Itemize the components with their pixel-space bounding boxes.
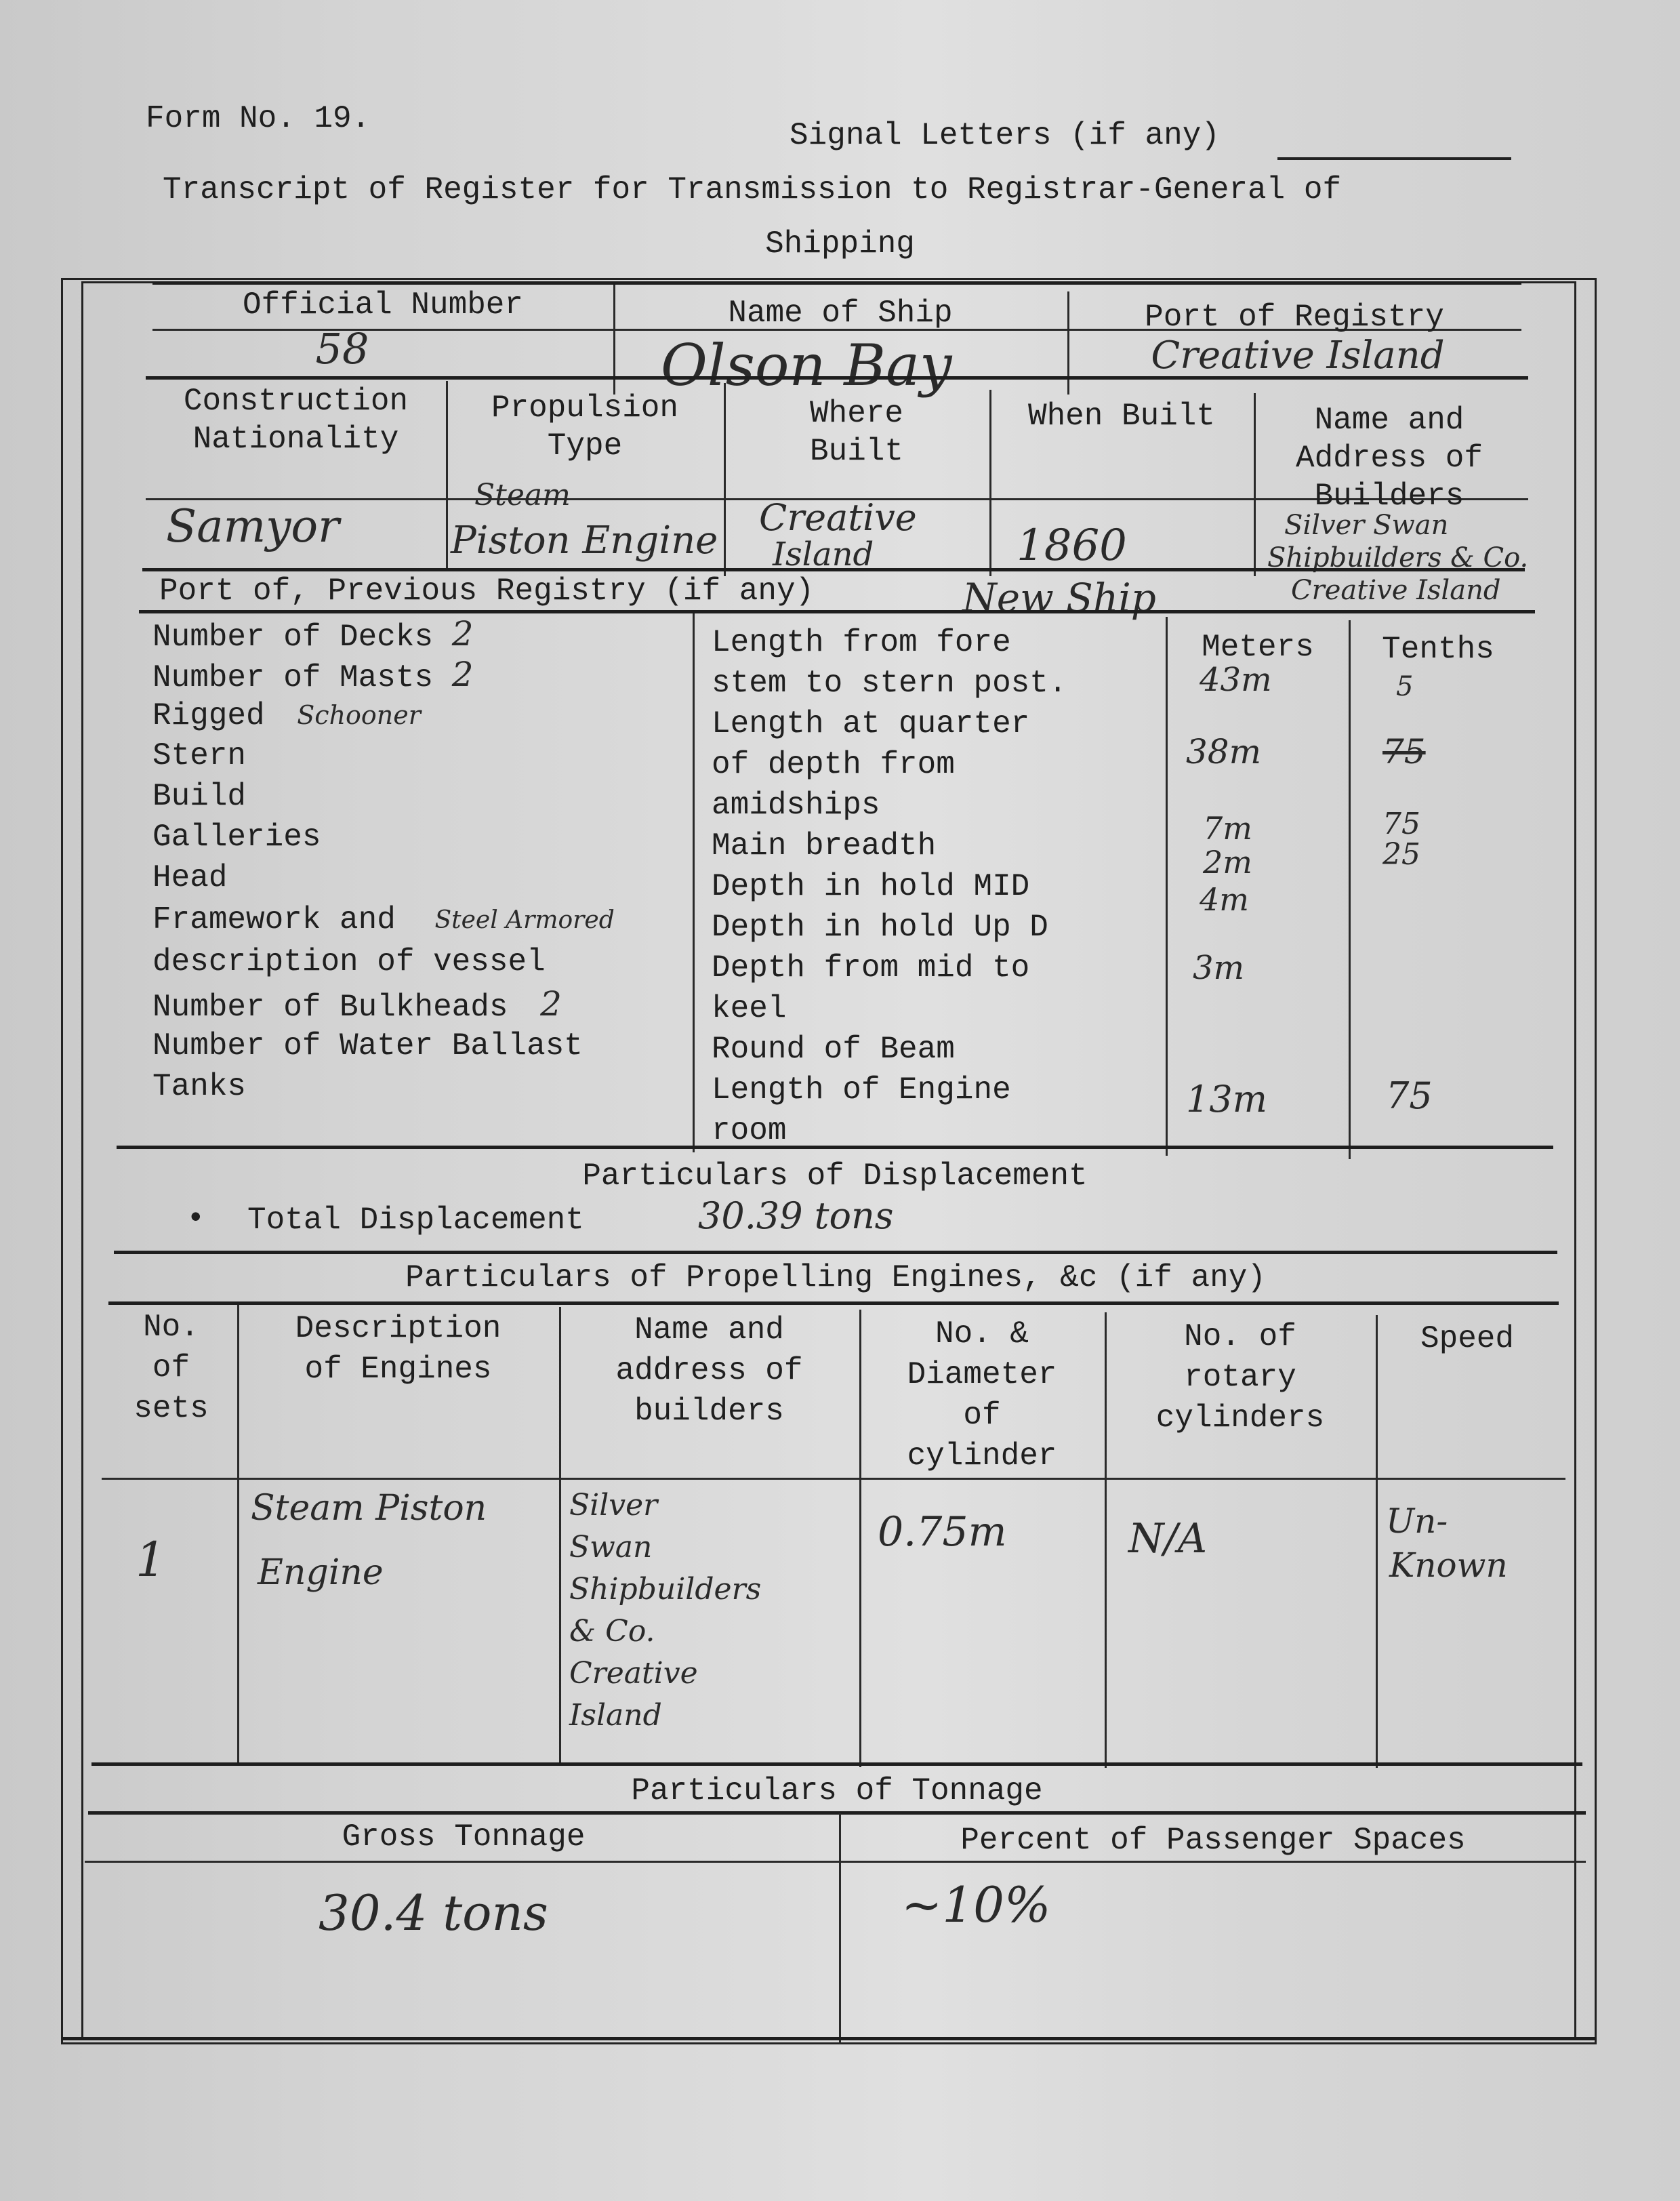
measure-label: Length of Engine — [712, 1070, 1166, 1110]
measure-label: room — [712, 1110, 1166, 1151]
meters-value[interactable]: 7m — [1203, 810, 1252, 847]
description-row: description of vessel — [152, 942, 688, 984]
measure-label: Round of Beam — [712, 1029, 1166, 1070]
builders-value-1[interactable]: Silver Swan — [1284, 510, 1448, 541]
tanks-row: Tanks — [152, 1066, 688, 1107]
engine-description-value-1[interactable]: Steam Piston — [251, 1488, 487, 1529]
engine-builders-value[interactable]: Silver Swan Shipbuilders & Co. Creative … — [569, 1485, 761, 1737]
masts-value[interactable]: 2 — [452, 655, 474, 694]
tonnage-title: Particulars of Tonnage — [91, 1771, 1582, 1811]
meters-value[interactable]: 38m — [1186, 732, 1261, 771]
engines-title: Particulars of Propelling Engines, &c (i… — [114, 1257, 1557, 1298]
measure-label: amidships — [712, 785, 1166, 826]
where-built-value-1[interactable]: Creative — [759, 496, 917, 539]
rigged-value[interactable]: Schooner — [297, 700, 421, 730]
meters-value[interactable]: 3m — [1193, 949, 1244, 987]
measurement-labels: Length from fore stem to stern post. Len… — [712, 622, 1166, 1151]
divider — [91, 1762, 1582, 1766]
when-built-label: When Built — [989, 396, 1254, 437]
tenths-value[interactable]: 5 — [1396, 671, 1413, 702]
divider — [1166, 617, 1168, 1156]
divider — [146, 376, 1528, 380]
passenger-spaces-label: Percent of Passenger Spaces — [840, 1820, 1586, 1861]
passenger-spaces-value[interactable]: ~10% — [901, 1876, 1050, 1933]
framework-value[interactable]: Steel Armored — [434, 906, 614, 934]
rigged-row: Rigged Schooner — [152, 695, 688, 735]
divider — [88, 1811, 1586, 1815]
galleries-row: Galleries — [152, 817, 688, 857]
gross-tonnage-value[interactable]: 30.4 tons — [319, 1884, 548, 1941]
divider — [85, 1861, 1586, 1863]
signal-letters-label: Signal Letters (if any) — [790, 115, 1220, 156]
engine-rotary-value[interactable]: N/A — [1128, 1515, 1207, 1562]
engine-diameter-value[interactable]: 0.75m — [878, 1508, 1007, 1556]
measure-label: of depth from — [712, 744, 1166, 785]
divider — [114, 1251, 1557, 1254]
decks-row: Number of Decks 2 — [152, 613, 688, 654]
measure-label: Length from fore — [712, 622, 1166, 663]
measure-label: Main breadth — [712, 826, 1166, 866]
measure-label: Depth from mid to — [712, 948, 1166, 988]
bulkheads-row: Number of Bulkheads 2 — [152, 984, 688, 1026]
divider — [117, 1146, 1553, 1149]
propulsion-label-1: Propulsion — [446, 388, 724, 428]
where-built-label-2: Built — [724, 431, 989, 472]
official-number-label: Official Number — [152, 285, 613, 325]
total-displacement-value[interactable]: 30.39 tons — [698, 1194, 893, 1237]
construction-label-1: Construction — [146, 381, 446, 422]
meters-value[interactable]: 2m — [1203, 844, 1252, 881]
engine-builders-header: Name and address of builders — [559, 1310, 859, 1432]
port-registry-value[interactable]: Creative Island — [1071, 334, 1525, 378]
divider — [1349, 620, 1351, 1159]
framework-row: Framework and Steel Armored — [152, 900, 688, 942]
bulkheads-value[interactable]: 2 — [540, 984, 562, 1024]
vessel-details-list: Number of Decks 2 Number of Masts 2 Rigg… — [152, 613, 688, 1107]
decks-value[interactable]: 2 — [452, 614, 474, 653]
divider — [693, 613, 695, 1152]
measure-label: keel — [712, 988, 1166, 1029]
measure-label: stem to stern post. — [712, 663, 1166, 704]
displacement-bullet: • — [186, 1198, 205, 1239]
gross-tonnage-label: Gross Tonnage — [88, 1817, 839, 1857]
where-built-label-1: Where — [724, 393, 989, 434]
previous-registry-label: Port of, Previous Registry (if any) — [159, 571, 814, 611]
official-number-value[interactable]: 58 — [152, 324, 532, 373]
signal-letters-field[interactable] — [1277, 157, 1511, 160]
engine-speed-header: Speed — [1376, 1318, 1559, 1359]
tenths-value[interactable]: 75 — [1382, 807, 1420, 841]
divider — [1376, 1315, 1378, 1768]
form-title-line1: Transcript of Register for Transmission … — [163, 169, 1518, 210]
tenths-value[interactable]: 75 — [1386, 1074, 1433, 1117]
propulsion-value-1[interactable]: Steam — [474, 478, 571, 512]
meters-value[interactable]: 13m — [1186, 1078, 1267, 1120]
water-ballast-row: Number of Water Ballast — [152, 1026, 688, 1066]
ship-name-label: Name of Ship — [613, 293, 1067, 334]
when-built-value[interactable]: 1860 — [1017, 521, 1127, 571]
builders-label-1: Name and — [1254, 400, 1525, 441]
engine-description-header: Description of Engines — [237, 1308, 559, 1390]
propulsion-value-2[interactable]: Piston Engine — [451, 519, 718, 563]
form-title-line2: Shipping — [0, 224, 1680, 264]
measure-label: Depth in hold Up D — [712, 907, 1166, 948]
tenths-value[interactable]: 25 — [1382, 837, 1420, 872]
engine-description-value-2[interactable]: Engine — [258, 1552, 384, 1593]
engine-speed-value-1[interactable]: Un- — [1386, 1501, 1448, 1541]
builders-value-3[interactable]: Creative Island — [1291, 575, 1500, 606]
engine-sets-header: No. of sets — [105, 1307, 237, 1429]
masts-row: Number of Masts 2 — [152, 654, 688, 695]
engine-sets-value[interactable]: 1 — [136, 1532, 166, 1588]
construction-label-2: Nationality — [146, 419, 446, 460]
head-row: Head — [152, 857, 688, 900]
engine-diameter-header: No. & Diameter of cylinder — [859, 1314, 1105, 1476]
divider — [102, 1478, 1565, 1480]
form-bottom-border — [62, 2037, 1595, 2040]
engine-rotary-header: No. of rotary cylinders — [1105, 1316, 1376, 1438]
form-number: Form No. 19. — [146, 98, 370, 139]
stern-row: Stern — [152, 735, 688, 776]
tenths-header: Tenths — [1350, 629, 1526, 670]
measure-label: Depth in hold MID — [712, 866, 1166, 907]
previous-registry-value[interactable]: New Ship — [962, 575, 1156, 621]
measure-label: Length at quarter — [712, 704, 1166, 744]
displacement-title: Particulars of Displacement — [117, 1156, 1553, 1196]
propulsion-label-2: Type — [446, 426, 724, 466]
builders-label-2: Address of — [1254, 438, 1525, 479]
engine-speed-value-2[interactable]: Known — [1389, 1546, 1508, 1585]
meters-value[interactable]: 4m — [1200, 881, 1249, 918]
tenths-value[interactable]: 75 — [1382, 732, 1426, 771]
divider — [108, 1301, 1559, 1305]
total-displacement-label: Total Displacement — [247, 1200, 584, 1240]
construction-nationality-value[interactable]: Samyor — [166, 500, 340, 552]
port-registry-label: Port of Registry — [1067, 297, 1521, 338]
meters-value[interactable]: 43m — [1200, 661, 1272, 699]
build-row: Build — [152, 776, 688, 817]
